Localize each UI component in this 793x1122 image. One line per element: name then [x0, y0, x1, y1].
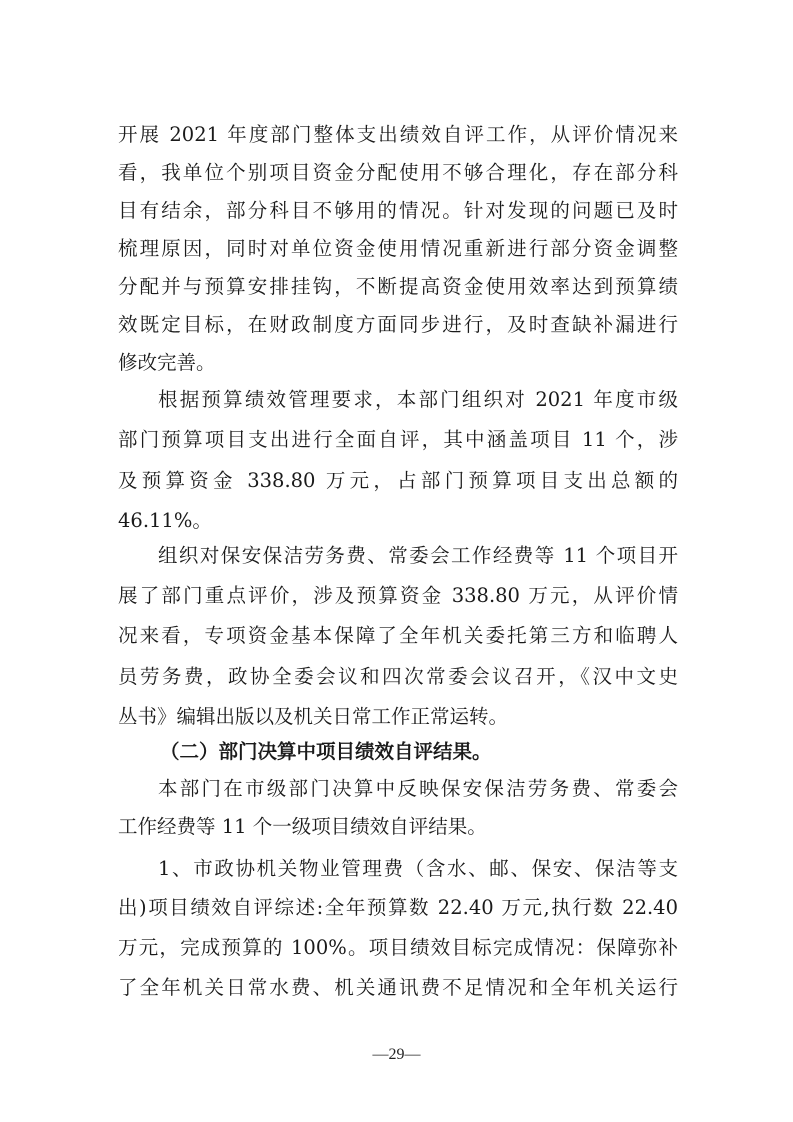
section-heading: （二）部门决算中项目绩效自评结果。: [160, 740, 492, 764]
text-line: 开展 2021 年度部门整体支出绩效自评工作，从评价情况来: [118, 123, 678, 147]
text-line: 根据预算绩效管理要求，本部门组织对 2021 年度市级: [158, 388, 678, 412]
text-line: 效既定目标，在财政制度方面同步进行，及时查缺补漏进行: [118, 313, 678, 337]
text-line: 及预算资金 338.80 万元，占部门预算项目支出总额的: [118, 469, 678, 493]
text-line: 组织对保安保洁劳务费、常委会工作经费等 11 个项目开: [158, 544, 678, 568]
text-line: 梳理原因，同时对单位资金使用情况重新进行部分资金调整: [118, 237, 678, 261]
text-line: 展了部门重点评价，涉及预算资金 338.80 万元，从评价情: [118, 584, 678, 608]
page-number: —29—: [0, 1046, 793, 1064]
text-line: 员劳务费，政协全委会议和四次常委会议召开，《汉中文史: [118, 665, 678, 689]
text-line: 部门预算项目支出进行全面自评，其中涵盖项目 11 个，涉: [118, 428, 678, 452]
text-line: 了全年机关日常水费、机关通讯费不足情况和全年机关运行: [118, 976, 678, 1000]
text-line: 分配并与预算安排挂钩，不断提高资金使用效率达到预算绩: [118, 275, 678, 299]
text-line: 出)项目绩效自评综述:全年预算数 22.40 万元,执行数 22.40: [118, 896, 678, 920]
text-line: 万元，完成预算的 100%。项目绩效目标完成情况：保障弥补: [118, 936, 678, 960]
text-line: 况来看，专项资金基本保障了全年机关委托第三方和临聘人: [118, 624, 678, 648]
text-line: 1、市政协机关物业管理费（含水、邮、保安、保洁等支: [158, 857, 678, 881]
text-line: 本部门在市级部门决算中反映保安保洁劳务费、常委会: [158, 777, 678, 801]
text-line: 工作经费等 11 个一级项目绩效自评结果。: [118, 815, 678, 839]
text-line: 目有结余，部分科目不够用的情况。针对发现的问题已及时: [118, 199, 678, 223]
text-line: 46.11%。: [118, 509, 678, 533]
text-line: 丛书》编辑出版以及机关日常工作正常运转。: [118, 705, 678, 729]
text-line: 修改完善。: [118, 351, 678, 375]
text-line: 看，我单位个别项目资金分配使用不够合理化，存在部分科: [118, 161, 678, 185]
